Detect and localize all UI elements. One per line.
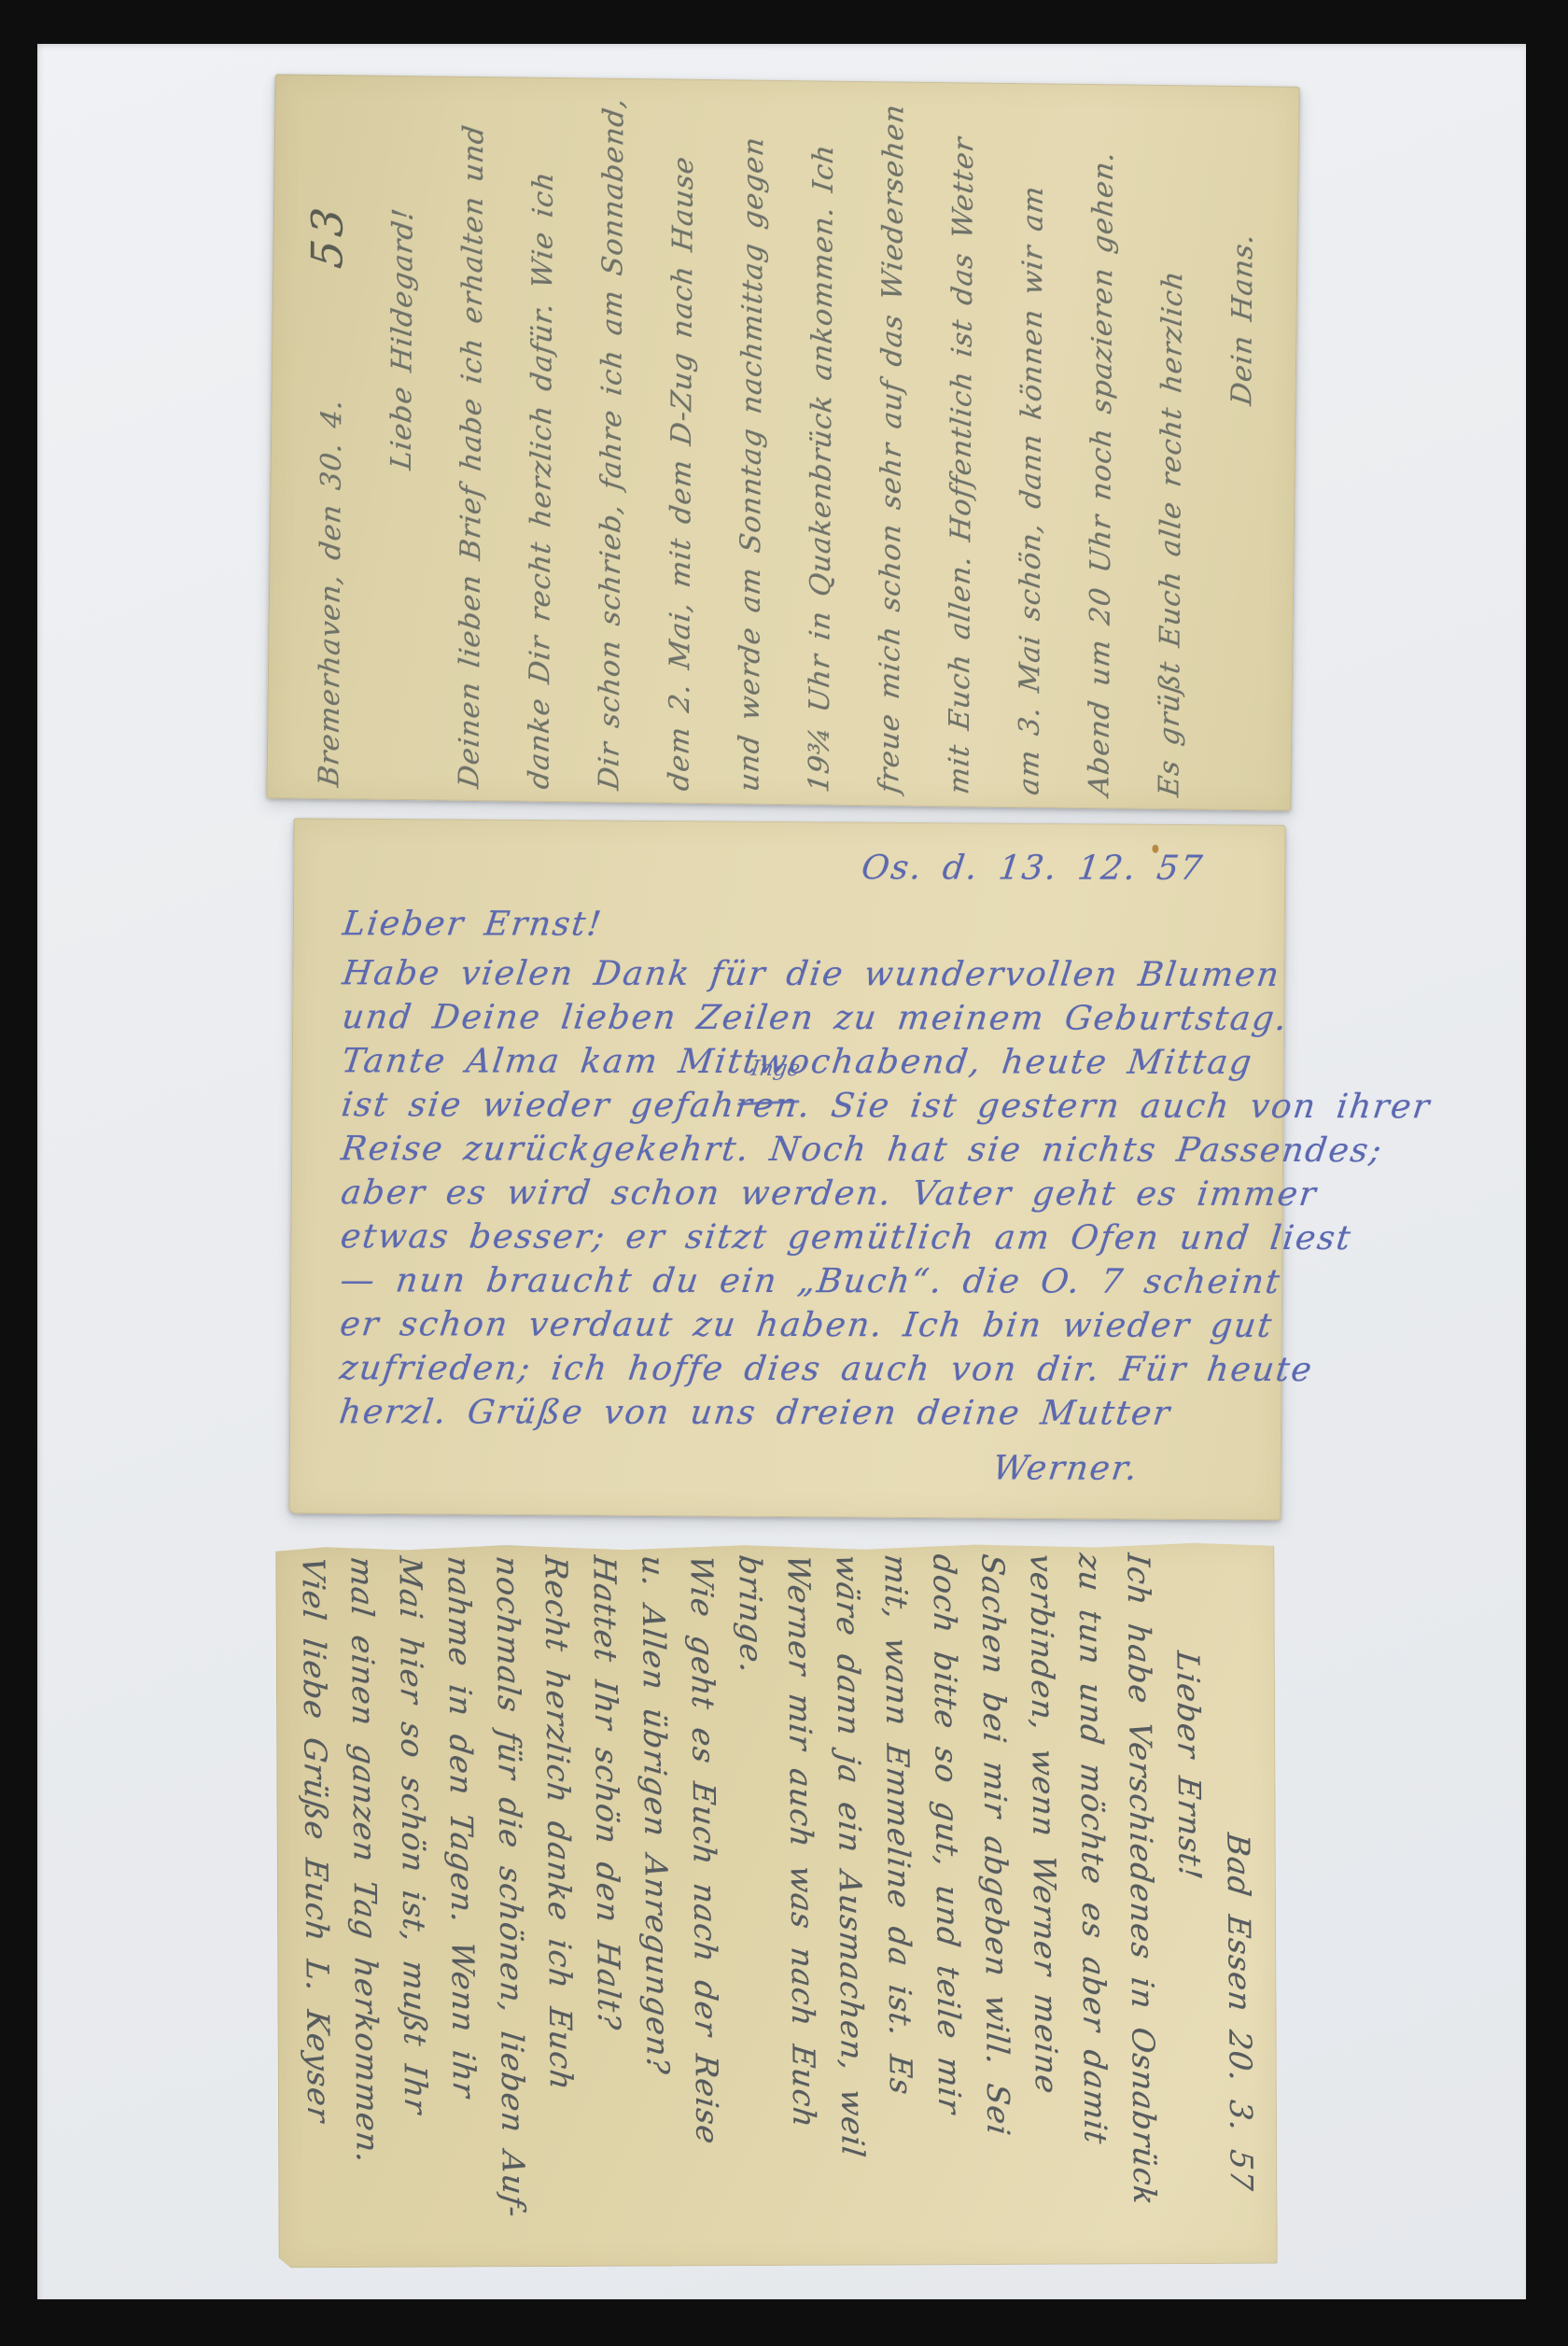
- handwritten-line: Es grüßt Euch alle recht herzlich: [1134, 99, 1209, 801]
- handwritten-line: er schon verdaut zu haben. Ich bin wiede…: [338, 1302, 1259, 1348]
- handwritten-line: — nun braucht du ein „Buch“. die O. 7 sc…: [338, 1258, 1259, 1304]
- handwritten-line: mit Euch allen. Hoffentlich ist das Wett…: [924, 96, 999, 798]
- signature-line: Viel liebe Grüße Euch L. Keyser: [288, 1554, 343, 2258]
- handwritten-line: bringe.: [725, 1552, 780, 2256]
- postcard-bottom-1957: Bad Essen 20. 3. 57 Lieber Ernst! Ich ha…: [275, 1542, 1277, 2269]
- handwritten-line: dem 2. Mai, mit dem D-Zug nach Hause: [644, 93, 719, 795]
- inserted-word: Inge: [749, 1057, 802, 1081]
- handwritten-line: 19¾ Uhr in Quakenbrück ankommen. Ich: [784, 94, 859, 796]
- handwritten-line: mit, wann Emmeline da ist. Es: [871, 1552, 926, 2255]
- handwritten-line: Sachen bei mir abgeben will. Sei: [968, 1552, 1023, 2255]
- handwritten-line: Dir schon schrieb, fahre ich am Sonnaben…: [574, 92, 649, 794]
- handwritten-line: Werner mir auch was nach Euch: [774, 1552, 829, 2256]
- handwritten-line: Ich habe Verschiedenes in Osnabrück: [1113, 1551, 1169, 2255]
- handwritten-line: Hattet Ihr schön den Halt?: [580, 1553, 635, 2257]
- handwritten-line: zu tun und möchte es aber damit: [1065, 1551, 1120, 2255]
- rotated-writing-block: Bad Essen 20. 3. 57 Lieber Ernst! Ich ha…: [290, 1553, 1266, 2256]
- handwritten-line: und Deine lieben Zeilen zu meinem Geburt…: [340, 995, 1261, 1041]
- handwritten-line: Habe vielen Dank für die wundervollen Bl…: [340, 951, 1261, 997]
- date-line: Bremerhaven, den 30. 4.53: [288, 89, 369, 792]
- handwritten-line: doch bitte so gut, und teile mir: [919, 1552, 974, 2255]
- handwritten-line: Reise zurückgekehrt. Noch hat sie nichts…: [339, 1127, 1260, 1173]
- signature-line: Dein Hans.: [1204, 100, 1279, 802]
- handwritten-line: Wie geht es Euch nach der Reise: [677, 1552, 732, 2256]
- handwritten-line: herzl. Grüße von uns dreien deine Mutter: [337, 1390, 1258, 1436]
- handwritten-line: am 3. Mai schön, dann können wir am: [994, 97, 1069, 799]
- salutation-line: Liebe Hildegard!: [364, 90, 439, 792]
- salutation-line: Lieber Ernst!: [341, 902, 1262, 948]
- archive-number: 53: [301, 201, 352, 272]
- scan-photo: Bremerhaven, den 30. 4.53 Liebe Hildegar…: [0, 0, 1568, 2346]
- handwritten-line: mal einen ganzen Tag herkommen.: [337, 1554, 392, 2258]
- handwritten-line: Recht herzlich danke ich Euch: [531, 1553, 586, 2257]
- handwritten-line: danke Dir recht herzlich dafür. Wie ich: [504, 91, 579, 794]
- handwritten-line: wäre dann ja ein Ausmachen, weil: [822, 1552, 877, 2255]
- postcard-middle-1957: Os. d. 13. 12. 57 Lieber Ernst! Habe vie…: [288, 818, 1285, 1520]
- handwritten-line: verbinden, wenn Werner meine: [1016, 1552, 1071, 2255]
- handwritten-line: Mai hier so schön ist, mußt Ihr: [385, 1554, 441, 2258]
- handwritten-line: aber es wird schon werden. Vater geht es…: [339, 1171, 1260, 1216]
- handwritten-line: Abend um 20 Uhr noch spazieren gehen.: [1064, 98, 1139, 800]
- letter-body: Os. d. 13. 12. 57 Lieber Ernst! Habe vie…: [288, 818, 1285, 1520]
- handwritten-line: Deinen lieben Brief habe ich erhalten un…: [434, 91, 509, 793]
- postcard-top-1953: Bremerhaven, den 30. 4.53 Liebe Hildegar…: [266, 74, 1299, 810]
- salutation-line: Lieber Ernst!: [1162, 1551, 1217, 2255]
- handwritten-line: u. Allen übrigen Anregungen?: [628, 1552, 683, 2256]
- handwritten-line: ist sie wieder gefahren. Sie ist gestern…: [339, 1083, 1260, 1129]
- handwritten-line: freue mich schon sehr auf das Wiedersehe…: [854, 95, 929, 797]
- handwritten-line: und werde am Sonntag nachmittag gegen: [714, 93, 789, 795]
- handwritten-line: nahme in den Tagen. Wenn ihr: [434, 1553, 489, 2257]
- date-line: Os. d. 13. 12. 57: [341, 845, 1262, 891]
- handwritten-line: zufrieden; ich hoffe dies auch von dir. …: [337, 1346, 1258, 1392]
- date-text: Bremerhaven, den 30. 4.: [313, 397, 348, 788]
- handwritten-line: etwas besser; er sitzt gemütlich am Ofen…: [338, 1215, 1259, 1260]
- background-mat: Bremerhaven, den 30. 4.53 Liebe Hildegar…: [37, 44, 1526, 2299]
- date-line: Bad Essen 20. 3. 57: [1211, 1551, 1266, 2255]
- signature-line: Werner.: [337, 1445, 1258, 1491]
- handwritten-line: nochmals für die schönen, lieben Auf-: [483, 1553, 538, 2257]
- rotated-writing-block: Bremerhaven, den 30. 4.53 Liebe Hildegar…: [277, 92, 1286, 797]
